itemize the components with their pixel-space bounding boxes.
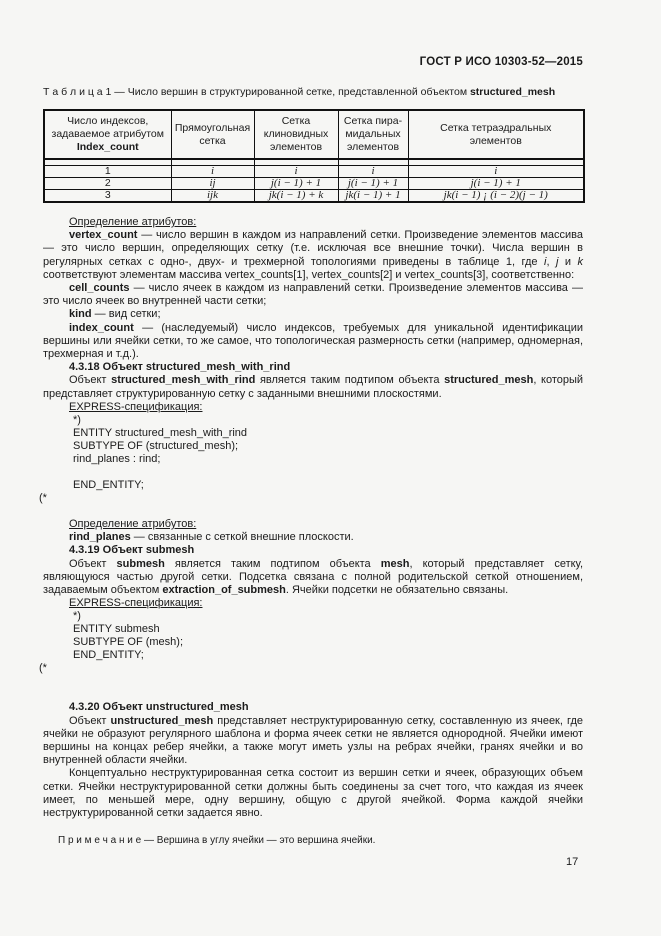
express-close-comment-1: (* [39, 492, 583, 505]
cell-index: 3 [44, 190, 171, 203]
heading-4-3-19: 4.3.19 Объект submesh [43, 544, 583, 557]
cell-formula: jk(i − 1) + 1 [338, 190, 408, 203]
cell-formula: jk(i − 1) ¡ (i − 2)(j − 1) [408, 190, 584, 203]
cell-formula: i [171, 166, 254, 178]
code-line: END_ENTITY; [73, 649, 583, 662]
code-line: rind_planes : rind; [73, 453, 583, 466]
code-line: ENTITY submesh [73, 623, 583, 636]
express-spec-label-2: EXPRESS-спецификация: [43, 597, 583, 610]
note: П р и м е ч а н и е — Вершина в углу яче… [43, 834, 583, 847]
paragraph-index-count: index_count — (наследуемый) число индекс… [43, 322, 583, 362]
col-header-wedge-mesh: Сетка клиновидных элементов [254, 110, 338, 159]
heading-4-3-20: 4.3.20 Объект unstructured_mesh [43, 701, 583, 714]
document-page: ГОСТ Р ИСО 10303-52—2015 Т а б л и ц а 1… [0, 0, 661, 936]
code-line: *) [73, 414, 583, 427]
paragraph-rind-planes: rind_planes — связанные с сеткой внешние… [43, 531, 583, 544]
cell-formula: j(i − 1) + 1 [254, 178, 338, 190]
paragraph-cell-counts: cell_counts — число ячеек в каждом из на… [43, 282, 583, 308]
table-row: 1 i i i i [44, 166, 584, 178]
cell-formula: i [338, 166, 408, 178]
table-row: 3 ijk jk(i − 1) + k jk(i − 1) + 1 jk(i −… [44, 190, 584, 203]
cell-formula: jk(i − 1) + k [254, 190, 338, 203]
page-content: ГОСТ Р ИСО 10303-52—2015 Т а б л и ц а 1… [43, 0, 583, 857]
document-number-header: ГОСТ Р ИСО 10303-52—2015 [43, 56, 583, 68]
code-line: *) [73, 610, 583, 623]
paragraph-4-3-19: Объект submesh является таким подтипом о… [43, 558, 583, 598]
paragraph-4-3-18: Объект structured_mesh_with_rind являетс… [43, 374, 583, 400]
code-line: ENTITY structured_mesh_with_rind [73, 427, 583, 440]
spacer [43, 675, 583, 701]
page-number: 17 [566, 856, 578, 868]
table-header-row: Число индексов, задаваемое атрибутом Ind… [44, 110, 584, 159]
paragraph-4-3-20-b: Концептуально неструктурированная сетка … [43, 767, 583, 820]
col-header-tetrahedral-mesh: Сетка тетраэдральных элементов [408, 110, 584, 159]
cell-formula: j(i − 1) + 1 [338, 178, 408, 190]
cell-formula: j(i − 1) + 1 [408, 178, 584, 190]
col-header-rectangular-mesh: Прямоугольная сетка [171, 110, 254, 159]
cell-formula: i [254, 166, 338, 178]
code-line: SUBTYPE OF (mesh); [73, 636, 583, 649]
table-row: 2 ij j(i − 1) + 1 j(i − 1) + 1 j(i − 1) … [44, 178, 584, 190]
col-header-index-count: Число индексов, задаваемое атрибутом Ind… [44, 110, 171, 159]
cell-formula: i [408, 166, 584, 178]
cell-index: 2 [44, 178, 171, 190]
table-caption: Т а б л и ц а 1 — Число вершин в структу… [43, 86, 583, 98]
express-code-block-2: *) ENTITY submesh SUBTYPE OF (mesh); END… [43, 610, 583, 662]
cell-index: 1 [44, 166, 171, 178]
code-line: SUBTYPE OF (structured_mesh); [73, 440, 583, 453]
cell-formula: ij [171, 178, 254, 190]
paragraph-4-3-20-a: Объект unstructured_mesh представляет не… [43, 715, 583, 768]
code-line: END_ENTITY; [73, 479, 583, 492]
heading-4-3-18: 4.3.18 Объект structured_mesh_with_rind [43, 361, 583, 374]
cell-formula: ijk [171, 190, 254, 203]
attrs-definition-label-1: Определение атрибутов: [43, 216, 583, 229]
attrs-definition-label-2: Определение атрибутов: [43, 518, 583, 531]
col-header-pyramid-mesh: Сетка пира- мидальных элементов [338, 110, 408, 159]
spacer [43, 505, 583, 518]
paragraph-vertex-count: vertex_count — число вершин в каждом из … [43, 229, 583, 282]
express-spec-label-1: EXPRESS-спецификация: [43, 401, 583, 414]
vertex-count-table: Число индексов, задаваемое атрибутом Ind… [43, 109, 585, 203]
code-line [73, 466, 583, 479]
express-code-block-1: *) ENTITY structured_mesh_with_rind SUBT… [43, 414, 583, 492]
express-close-comment-2: (* [39, 662, 583, 675]
paragraph-kind: kind — вид сетки; [43, 308, 583, 321]
body-text: Определение атрибутов: vertex_count — чи… [43, 216, 583, 847]
